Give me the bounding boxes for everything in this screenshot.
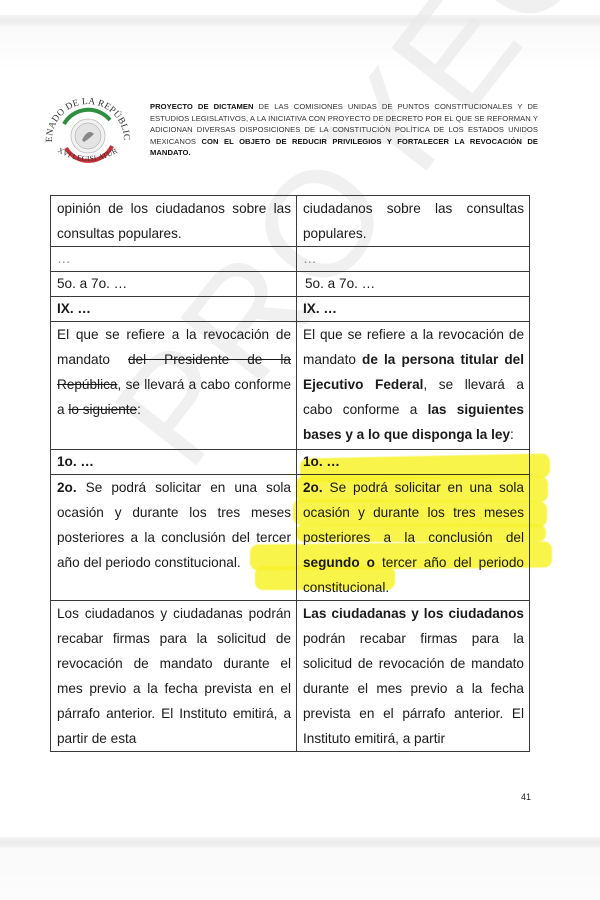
senate-seal-logo: SENADO DE LA REPÚBLICA LXVI LEGISLATURA <box>38 90 138 172</box>
viewer-bottom-band <box>0 837 600 848</box>
table-cell-proposed: IX. … <box>297 297 530 322</box>
table-cell-current: 2o. Se podrá solicitar en una sola ocasi… <box>51 475 297 601</box>
table-cell-current: 1o. … <box>51 450 297 475</box>
table-cell-proposed: 5o. a 7o. … <box>297 272 530 297</box>
struck-text: lo siguiente <box>68 402 137 417</box>
header-title-bold: PROYECTO DE DICTAMEN <box>150 102 254 111</box>
table-row: Los ciudadanos y ciudadanas podrán recab… <box>51 601 530 752</box>
table-cell-proposed: ciudadanos sobre las consultas populares… <box>297 196 530 247</box>
text-segment: Se podrá solicitar en una sola ocasión y… <box>57 480 291 570</box>
table-cell-proposed: Las ciudadanas y los ciudadanos podrán r… <box>297 601 530 752</box>
table-row: 2o. Se podrá solicitar en una sola ocasi… <box>51 475 530 601</box>
table-cell-current: 5o. a 7o. … <box>51 272 297 297</box>
table-row: 5o. a 7o. … 5o. a 7o. … <box>51 272 530 297</box>
table-cell-proposed: … <box>297 247 530 272</box>
table-cell-current: El que se refiere a la revocación de man… <box>51 322 297 450</box>
table-cell-proposed: 2o. Se podrá solicitar en una sola ocasi… <box>297 475 530 601</box>
table-cell-current: IX. … <box>51 297 297 322</box>
table-row: opinión de los ciudadanos sobre las cons… <box>51 196 530 247</box>
table-cell-current: Los ciudadanos y ciudadanas podrán recab… <box>51 601 297 752</box>
text-segment: : <box>137 402 141 417</box>
table-cell-current: opinión de los ciudadanos sobre las cons… <box>51 196 297 247</box>
header-title-bold-objective: CON EL OBJETO DE REDUCIR PRIVILEGIOS Y F… <box>150 137 538 158</box>
comparison-table: opinión de los ciudadanos sobre las cons… <box>50 195 530 752</box>
text-segment: podrán recabar firmas para la solicitud … <box>303 631 524 746</box>
text-segment: : <box>510 427 514 442</box>
table-row: … … <box>51 247 530 272</box>
added-text: segundo o <box>303 555 375 570</box>
viewer-bottom-shadow <box>0 848 600 900</box>
table-row: 1o. … 1o. … <box>51 450 530 475</box>
table-row: IX. … IX. … <box>51 297 530 322</box>
numeral: 2o. <box>303 480 323 495</box>
added-text: Las ciudadanas y los ciudadanos <box>303 606 524 621</box>
page-number: 41 <box>521 792 531 802</box>
numeral: 2o. <box>57 480 77 495</box>
table-cell-proposed: 1o. … <box>297 450 530 475</box>
table-cell-proposed: El que se refiere a la revocación de man… <box>297 322 530 450</box>
table-cell-current: … <box>51 247 297 272</box>
text-segment: Se podrá solicitar en una sola ocasión y… <box>303 480 524 545</box>
document-header-title: PROYECTO DE DICTAMEN DE LAS COMISIONES U… <box>150 101 538 159</box>
table-row: El que se refiere a la revocación de man… <box>51 322 530 450</box>
